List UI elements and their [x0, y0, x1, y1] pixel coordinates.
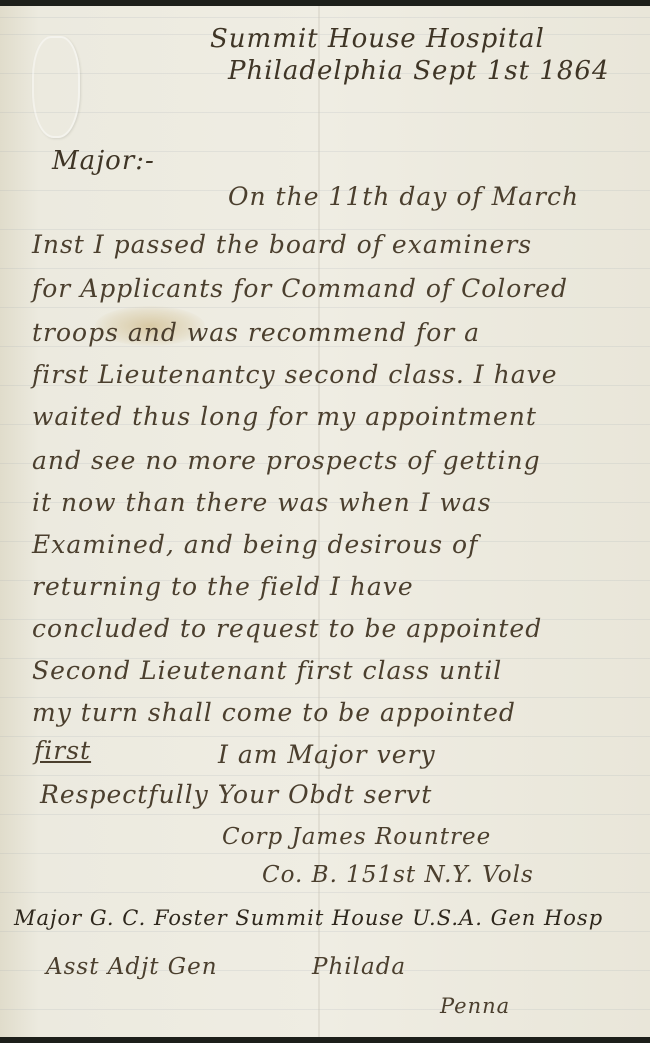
- signature-unit: Co. B. 151st N.Y. Vols: [262, 862, 534, 888]
- body-line: waited thus long for my appointment: [32, 402, 537, 431]
- address-line-1: Major G. C. Foster Summit House U.S.A. G…: [14, 906, 603, 930]
- body-line: troops and was recommend for a: [32, 318, 480, 347]
- letter-page: Summit House Hospital Philadelphia Sept …: [0, 6, 650, 1037]
- closing-line-1: I am Major very: [218, 740, 436, 769]
- salutation: Major:-: [52, 146, 155, 176]
- body-line: Second Lieutenant first class until: [32, 656, 502, 685]
- body-line: Examined, and being desirous of: [32, 530, 478, 559]
- body-line: for Applicants for Command of Colored: [32, 274, 568, 303]
- body-line: it now than there was when I was: [32, 488, 492, 517]
- body-line: Inst I passed the board of examiners: [32, 230, 532, 259]
- body-line: my turn shall come to be appointed: [32, 698, 516, 727]
- body-line: first Lieutenantcy second class. I have: [32, 360, 558, 389]
- address-state: Penna: [440, 994, 510, 1018]
- header-dateline: Philadelphia Sept 1st 1864: [228, 56, 610, 86]
- closing-first-word: first: [34, 736, 91, 765]
- address-city: Philada: [312, 954, 406, 980]
- body-line: concluded to request to be appointed: [32, 614, 542, 643]
- signature-name: Corp James Rountree: [222, 824, 491, 850]
- header-place: Summit House Hospital: [210, 24, 545, 54]
- body-line: returning to the field I have: [32, 572, 414, 601]
- closing-line-2: Respectfully Your Obdt servt: [40, 780, 432, 809]
- body-line: On the 11th day of March: [228, 182, 579, 211]
- body-line: and see no more prospects of getting: [32, 446, 541, 475]
- address-title: Asst Adjt Gen: [46, 954, 218, 980]
- embossed-seal-icon: [32, 36, 80, 138]
